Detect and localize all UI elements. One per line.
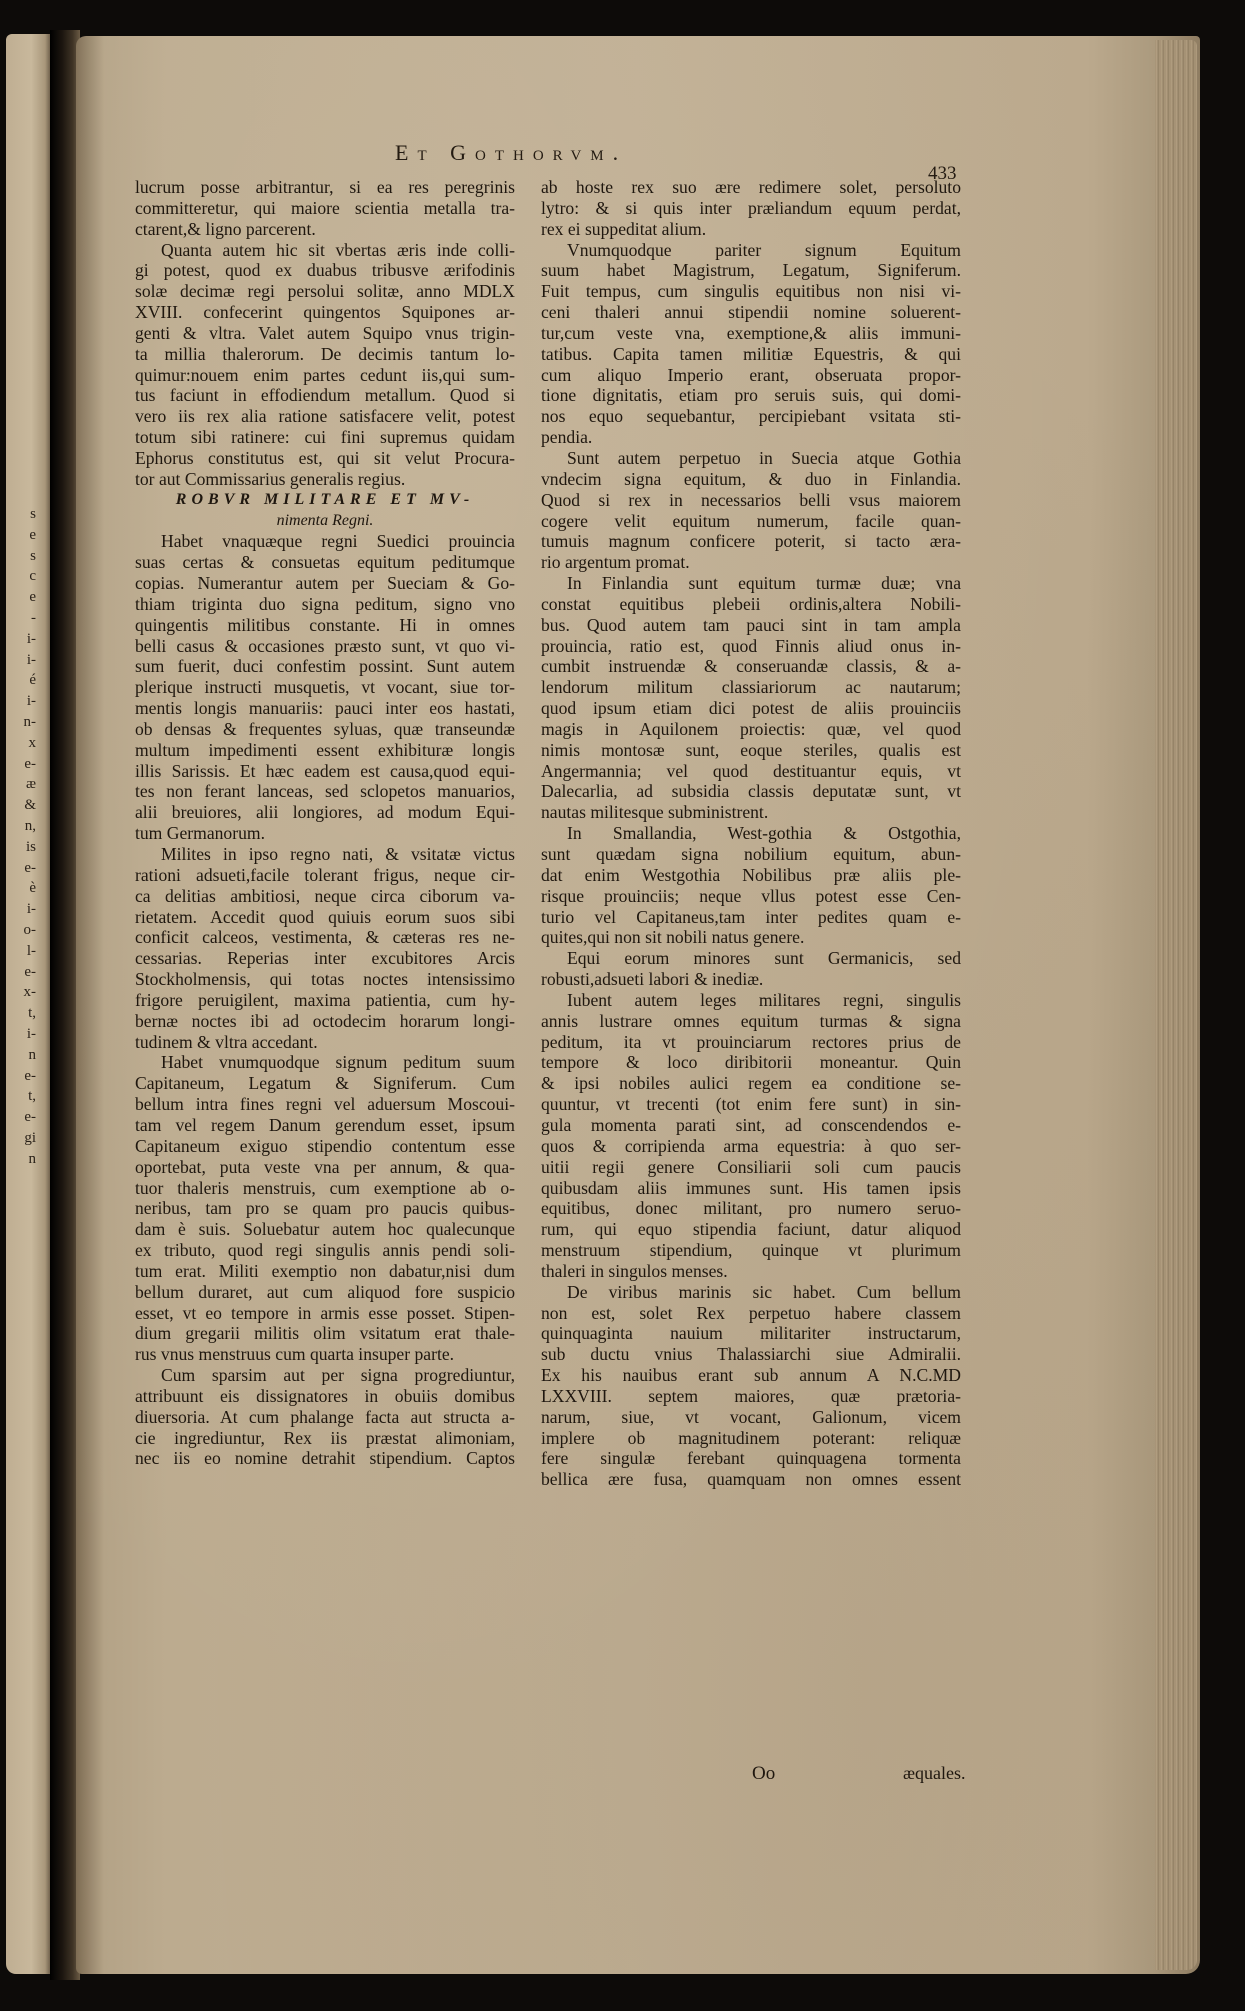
previous-page-fragment: l-: [14, 941, 36, 962]
previous-page-fragment: x: [14, 733, 36, 754]
text-line: prouincia, ratio est, quod Finnis aliud …: [541, 636, 961, 657]
text-line: lendorum militum classiariorum ac nautar…: [541, 677, 961, 698]
text-line: magis in Aquilonem proiectis: quæ, vel q…: [541, 719, 961, 740]
text-line: ex tributo, quod regi singulis annis pen…: [135, 1240, 515, 1261]
page-fore-edge: [1155, 40, 1197, 1970]
text-line: rio argentum promat.: [541, 552, 961, 573]
text-line: vero iis rex alia ratione satisfacere ve…: [135, 406, 515, 427]
text-line: sub ductu vnius Thalassiarchi siue Admir…: [541, 1344, 961, 1365]
text-line: In Smallandia, West-gothia & Ostgothia,: [541, 823, 961, 844]
text-line: Angermannia; vel quod destituantur equis…: [541, 761, 961, 782]
text-line: nautas militesque subministrent.: [541, 802, 961, 823]
text-line: ctarent,& ligno parcerent.: [135, 219, 515, 240]
text-line: tempore & loco diribitorii moneantur. Qu…: [541, 1052, 961, 1073]
text-line: implere ob magnitudinem poterant: reliqu…: [541, 1428, 961, 1449]
text-line: ob densas & frequentes syluas, quæ trans…: [135, 719, 515, 740]
previous-page-fragment: x-: [14, 982, 36, 1003]
text-line: tum erat. Militi exemptio non dabatur,ni…: [135, 1261, 515, 1282]
text-line: Stockholmensis, qui totas noctes intensi…: [135, 969, 515, 990]
text-line: Fuit tempus, cum singulis equitibus non …: [541, 281, 961, 302]
previous-page-fragment: o-: [14, 920, 36, 941]
text-line: quod ipsum etiam dici potest de aliis pr…: [541, 698, 961, 719]
text-line: quites,qui non sit nobili natus genere.: [541, 927, 961, 948]
text-line: nimis montosæ sunt, eoque steriles, qual…: [541, 740, 961, 761]
previous-page-fragment: s: [14, 504, 36, 525]
text-line: solæ decimæ regi persolui solitæ, anno M…: [135, 281, 515, 302]
previous-page-fragment: t,: [14, 1086, 36, 1107]
previous-page-fragment: e-: [14, 962, 36, 983]
text-line: tor aut Commissarius generalis regius.: [135, 469, 515, 490]
text-line: menstruum stipendium, quinque vt plurimu…: [541, 1240, 961, 1261]
text-line: rationi adsueti,facile tolerant frigus, …: [135, 865, 515, 886]
text-line: annis lustrare omnes equitum turmas & si…: [541, 1011, 961, 1032]
text-line: Iubent autem leges militares regni, sing…: [541, 990, 961, 1011]
previous-page-fragment: i-: [14, 629, 36, 650]
text-line: quuntur, vt trecenti (tot enim fere sunt…: [541, 1094, 961, 1115]
catchword: æquales.: [903, 1763, 966, 1784]
text-line: Quanta autem hic sit vbertas æris inde c…: [135, 240, 515, 261]
text-line: In Finlandia sunt equitum turmæ duæ; vna: [541, 573, 961, 594]
text-line: thiam triginta duo signa peditum, signo …: [135, 594, 515, 615]
previous-page-fragment: e-: [14, 754, 36, 775]
previous-page-fragment: n,: [14, 816, 36, 837]
text-line: illis Sarissis. Et hæc eadem est causa,q…: [135, 761, 515, 782]
text-line: mentis longis manuariis: pauci inter eos…: [135, 698, 515, 719]
text-line: thaleri in singulos menses.: [541, 1261, 961, 1282]
text-line: bellica ære fusa, quamquam non omnes ess…: [541, 1469, 961, 1490]
text-line: tus faciunt in effodiendum metallum. Quo…: [135, 385, 515, 406]
previous-page-fragment: t,: [14, 1003, 36, 1024]
previous-page-fragment: n: [14, 1149, 36, 1170]
text-line: attribuunt eis dissignatores in obuiis d…: [135, 1386, 515, 1407]
previous-page-fragment: i-: [14, 1024, 36, 1045]
text-line: cogere velit equitum numerum, facile qua…: [541, 511, 961, 532]
text-line: vndecim signa equitum, & duo in Finlandi…: [541, 469, 961, 490]
text-line: tur,cum veste vna, exemptione,& aliis im…: [541, 323, 961, 344]
text-line: dium gregarii militis olim vsitatum erat…: [135, 1323, 515, 1344]
text-line: equitibus, donec militant, pro numero se…: [541, 1198, 961, 1219]
text-line: rus vnus menstruus cum quarta insuper pa…: [135, 1344, 515, 1365]
text-line: quinquaginta nauium militariter instruct…: [541, 1323, 961, 1344]
text-line: quos & corripienda arma equestria: à quo…: [541, 1136, 961, 1157]
text-line: Dalecarlia, ad subsidia classis deputatæ…: [541, 781, 961, 802]
text-line: frigore peruigilent, maxima patientia, c…: [135, 990, 515, 1011]
previous-page-fragment: e-: [14, 858, 36, 879]
left-text-column: lucrum posse arbitrantur, si ea res pere…: [135, 177, 515, 1469]
previous-page-fragment: i-: [14, 650, 36, 671]
right-text-column: ab hoste rex suo ære redimere solet, per…: [541, 177, 961, 1490]
text-line: rum, qui equo stipendia faciunt, datur a…: [541, 1219, 961, 1240]
text-line: Milites in ipso regno nati, & vsitatæ vi…: [135, 844, 515, 865]
text-line: suas certas & consuetas equitum peditumq…: [135, 552, 515, 573]
text-line: dat enim Westgothia Nobilibus præ aliis …: [541, 865, 961, 886]
text-line: uitii regii genere Consiliarii soli cum …: [541, 1157, 961, 1178]
text-line: quimur:nouem enim partes cedunt iis,qui …: [135, 365, 515, 386]
text-line: plerique instructi musquetis, vt vocant,…: [135, 677, 515, 698]
text-line: bernæ noctes ibi ad octodecim horarum lo…: [135, 1011, 515, 1032]
running-head: Et Gothorvm.: [395, 140, 685, 166]
text-line: constat equitibus plebeii ordinis,altera…: [541, 594, 961, 615]
text-line: tudinem & vltra accedant.: [135, 1032, 515, 1053]
text-line: ca delitias ambitiosi, neque circa cibor…: [135, 886, 515, 907]
text-line: rex ei suppeditat alium.: [541, 219, 961, 240]
text-line: esset, vt eo tempore in armis esse posse…: [135, 1303, 515, 1324]
section-subheading: nimenta Regni.: [135, 511, 515, 532]
text-line: fere singulæ ferebant quinquagena tormen…: [541, 1448, 961, 1469]
text-line: sum fuerit, duci confestim possint. Sunt…: [135, 656, 515, 677]
previous-page-fragment: s: [14, 546, 36, 567]
text-line: peditum, ita vt prouinciarum rectores pr…: [541, 1032, 961, 1053]
previous-page-fragment: e: [14, 525, 36, 546]
text-line: Habet vnumquodque signum peditum suum: [135, 1052, 515, 1073]
text-line: Capitaneum, Legatum & Signiferum. Cum: [135, 1073, 515, 1094]
text-line: bellum intra fines regni vel aduersum Mo…: [135, 1094, 515, 1115]
text-line: tione dignitatis, etiam pro seruis suis,…: [541, 385, 961, 406]
text-line: ta millia thalerorum. De decimis tantum …: [135, 344, 515, 365]
text-line: Ephorus constitutus est, qui sit velut P…: [135, 448, 515, 469]
text-line: robusti,adsueti labori & inediæ.: [541, 969, 961, 990]
text-line: belli casus & occasiones præsto sunt, vt…: [135, 636, 515, 657]
text-line: suum habet Magistrum, Legatum, Signiferu…: [541, 260, 961, 281]
text-line: conficit calceos, vestimenta, & cæteras …: [135, 927, 515, 948]
text-line: oportebat, puta veste vna per annum, & q…: [135, 1157, 515, 1178]
previous-page-fragment: n: [14, 1045, 36, 1066]
text-line: dam è suis. Soluebatur autem hoc qualecu…: [135, 1219, 515, 1240]
text-line: rietatem. Accedit quod quiuis eorum suos…: [135, 907, 515, 928]
text-line: & ipsi nobiles aulici regem ea condition…: [541, 1073, 961, 1094]
previous-page-fragment: gi: [14, 1128, 36, 1149]
text-line: sunt quædam signa nobilium equitum, abun…: [541, 844, 961, 865]
text-line: Equi eorum minores sunt Germanicis, sed: [541, 948, 961, 969]
signature-mark: Oo: [752, 1763, 775, 1785]
previous-page-fragment: i-: [14, 691, 36, 712]
previous-page-fragment: c: [14, 566, 36, 587]
text-line: ceni thaleri annui stipendii nomine solu…: [541, 302, 961, 323]
text-line: tum Germanorum.: [135, 823, 515, 844]
text-line: tumuis magnum conficere poterit, si tact…: [541, 531, 961, 552]
text-line: quibusdam aliis immunes sunt. His tamen …: [541, 1178, 961, 1199]
previous-page-edge: sesce-i-i-éi-n-xe-æ&n,ise-èi-o-l-e-x-t,i…: [6, 34, 52, 1974]
text-line: ab hoste rex suo ære redimere solet, per…: [541, 177, 961, 198]
text-line: De viribus marinis sic habet. Cum bellum: [541, 1282, 961, 1303]
text-line: tam vel regem Danum gerendum esset, ipsu…: [135, 1115, 515, 1136]
previous-page-fragment: n-: [14, 712, 36, 733]
text-line: Capitaneum exiguo stipendio contentum es…: [135, 1136, 515, 1157]
text-line: turio vel Capitaneus,tam inter pedites q…: [541, 907, 961, 928]
text-line: bellum duraret, aut cum aliquod fore sus…: [135, 1282, 515, 1303]
text-line: pendia.: [541, 427, 961, 448]
previous-page-line-endings: sesce-i-i-éi-n-xe-æ&n,ise-èi-o-l-e-x-t,i…: [14, 504, 36, 1170]
previous-page-fragment: e-: [14, 1107, 36, 1128]
text-line: Habet vnaquæque regni Suedici prouincia: [135, 531, 515, 552]
text-line: Cum sparsim aut per signa progrediuntur,: [135, 1365, 515, 1386]
text-line: non est, solet Rex perpetuo habere class…: [541, 1303, 961, 1324]
previous-page-fragment: æ: [14, 774, 36, 795]
text-line: nos equo sequebantur, percipiebant vsita…: [541, 406, 961, 427]
text-line: gi potest, quod ex duabus tribusve ærifo…: [135, 260, 515, 281]
text-line: tatibus. Capita tamen militiæ Equestris,…: [541, 344, 961, 365]
text-line: committeretur, qui maiore scientia metal…: [135, 198, 515, 219]
previous-page-fragment: e: [14, 587, 36, 608]
text-line: quingentis militibus constante. Hi in om…: [135, 615, 515, 636]
text-line: cum aliquo Imperio erant, obseruata prop…: [541, 365, 961, 386]
text-line: nec iis eo nomine detrahit stipendium. C…: [135, 1448, 515, 1469]
text-line: bus. Quod autem tam pauci sint in tam am…: [541, 615, 961, 636]
text-line: lucrum posse arbitrantur, si ea res pere…: [135, 177, 515, 198]
previous-page-fragment: i-: [14, 899, 36, 920]
previous-page-fragment: is: [14, 837, 36, 858]
section-heading: ROBVR MILITARE ET MV-: [135, 490, 515, 511]
previous-page-fragment: è: [14, 878, 36, 899]
previous-page-fragment: e-: [14, 1066, 36, 1087]
text-line: alii breuiores, alii longiores, ad modum…: [135, 802, 515, 823]
text-line: XVIII. confecerint quingentos Squipones …: [135, 302, 515, 323]
previous-page-fragment: &: [14, 795, 36, 816]
text-line: Ex his nauibus erant sub annum A N.C.MD: [541, 1365, 961, 1386]
text-line: cie ingrediuntur, Rex iis præstat alimon…: [135, 1428, 515, 1449]
text-line: diuersoria. At cum phalange facta aut st…: [135, 1407, 515, 1428]
text-line: neribus, tam pro se quam pro paucis quib…: [135, 1198, 515, 1219]
text-line: multum impedimenti essent exhibituræ lon…: [135, 740, 515, 761]
text-line: copias. Numerantur autem per Sueciam & G…: [135, 573, 515, 594]
text-line: tuor thaleris menstruis, cum exemptione …: [135, 1178, 515, 1199]
text-line: risque prouinciis; neque vllus potest es…: [541, 886, 961, 907]
text-line: cumbit instruendæ & conseruandæ classis,…: [541, 656, 961, 677]
text-line: gula momenta parati sint, ad conscendend…: [541, 1115, 961, 1136]
text-line: lytro: & si quis inter præliandum equum …: [541, 198, 961, 219]
text-line: genti & vltra. Valet autem Squipo vnus t…: [135, 323, 515, 344]
previous-page-fragment: -: [14, 608, 36, 629]
text-line: Quod si rex in necessarios belli vsus ma…: [541, 490, 961, 511]
text-line: cessarias. Reperias inter excubitores Ar…: [135, 948, 515, 969]
text-line: LXXVIII. septem maiores, quæ prætoria-: [541, 1386, 961, 1407]
text-line: narum, siue, vt vocant, Galionum, vicem: [541, 1407, 961, 1428]
text-line: tes non ferant lanceas, sed sclopetos ma…: [135, 781, 515, 802]
text-line: Sunt autem perpetuo in Suecia atque Goth…: [541, 448, 961, 469]
text-line: totum sibi ratinere: cui fini supremus q…: [135, 427, 515, 448]
text-line: Vnumquodque pariter signum Equitum: [541, 240, 961, 261]
previous-page-fragment: é: [14, 670, 36, 691]
